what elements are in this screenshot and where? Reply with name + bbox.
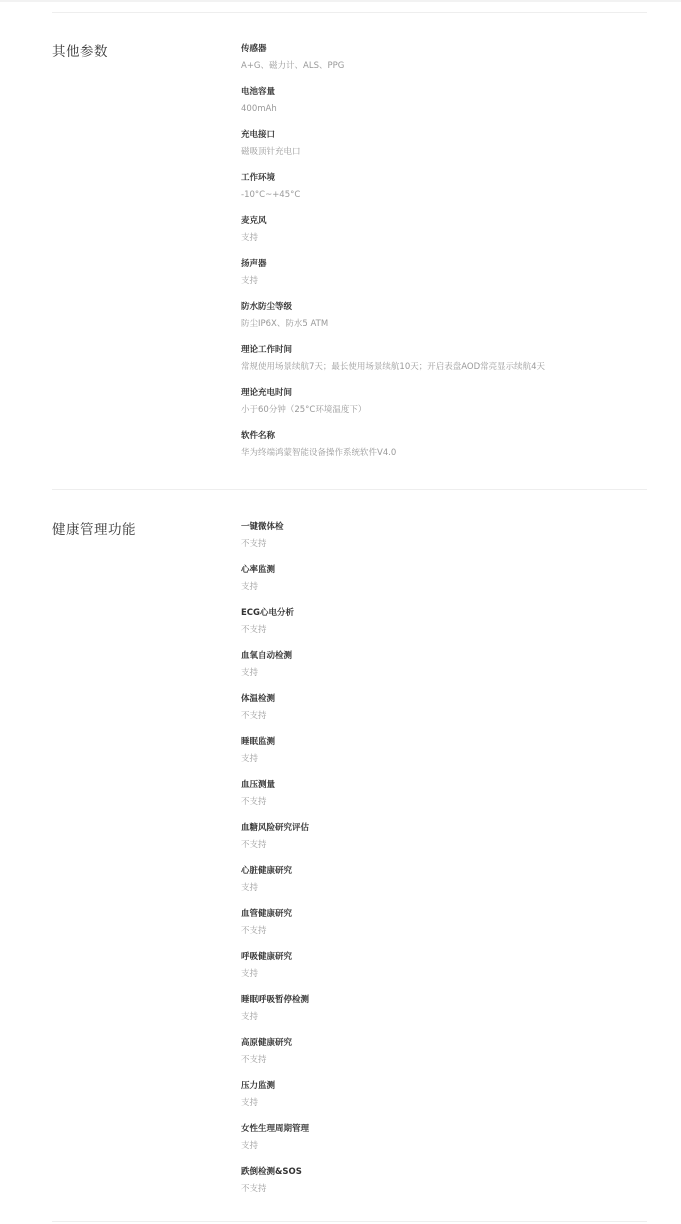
spec-item: 心率监测支持 — [241, 564, 661, 607]
spec-item: 血糖风险研究评估不支持 — [241, 822, 661, 865]
spec-item: 工作环境-10°C~+45°C — [241, 172, 661, 215]
spec-label: 睡眠呼吸暂停检测 — [241, 994, 661, 1006]
spec-label: 女性生理周期管理 — [241, 1123, 661, 1135]
spec-item: 体温检测不支持 — [241, 693, 661, 736]
spec-value: 不支持 — [241, 796, 661, 808]
spec-item: 软件名称华为终端鸿蒙智能设备操作系统软件V4.0 — [241, 430, 661, 473]
spec-label: 软件名称 — [241, 430, 661, 442]
spec-value: 400mAh — [241, 103, 661, 115]
spec-list: 一键微体检不支持心率监测支持ECG心电分析不支持血氧自动检测支持体温检测不支持睡… — [241, 521, 661, 1209]
spec-value: A+G、磁力计、ALS、PPG — [241, 60, 661, 72]
spec-item: 呼吸健康研究支持 — [241, 951, 661, 994]
spec-value: 不支持 — [241, 839, 661, 851]
spec-label: 呼吸健康研究 — [241, 951, 661, 963]
spec-value: 支持 — [241, 667, 661, 679]
spec-item: 一键微体检不支持 — [241, 521, 661, 564]
spec-item: 理论充电时间小于60分钟（25°C环境温度下） — [241, 387, 661, 430]
spec-label: 扬声器 — [241, 258, 661, 270]
spec-label: 一键微体检 — [241, 521, 661, 533]
spec-value: 不支持 — [241, 1183, 661, 1195]
spec-item: ECG心电分析不支持 — [241, 607, 661, 650]
spec-label: 理论工作时间 — [241, 344, 661, 356]
spec-label: ECG心电分析 — [241, 607, 661, 619]
spec-item: 压力监测支持 — [241, 1080, 661, 1123]
spec-item: 血氧自动检测支持 — [241, 650, 661, 693]
spec-label: 电池容量 — [241, 86, 661, 98]
spec-label: 麦克风 — [241, 215, 661, 227]
spec-item: 扬声器支持 — [241, 258, 661, 301]
section-divider-top — [52, 12, 647, 13]
spec-label: 跌倒检测&SOS — [241, 1166, 661, 1178]
spec-value: 支持 — [241, 753, 661, 765]
spec-value: 不支持 — [241, 624, 661, 636]
spec-item: 女性生理周期管理支持 — [241, 1123, 661, 1166]
spec-item: 跌倒检测&SOS不支持 — [241, 1166, 661, 1209]
section-title: 健康管理功能 — [52, 521, 136, 539]
spec-label: 血糖风险研究评估 — [241, 822, 661, 834]
spec-list: 传感器A+G、磁力计、ALS、PPG电池容量400mAh充电接口磁吸顶针充电口工… — [241, 43, 661, 473]
spec-item: 麦克风支持 — [241, 215, 661, 258]
spec-label: 高原健康研究 — [241, 1037, 661, 1049]
spec-label: 传感器 — [241, 43, 661, 55]
top-edge-bar — [0, 0, 681, 2]
spec-label: 血氧自动检测 — [241, 650, 661, 662]
spec-item: 充电接口磁吸顶针充电口 — [241, 129, 661, 172]
spec-value: 支持 — [241, 882, 661, 894]
spec-label: 心率监测 — [241, 564, 661, 576]
spec-item: 心脏健康研究支持 — [241, 865, 661, 908]
spec-value: 不支持 — [241, 1054, 661, 1066]
spec-item: 睡眠监测支持 — [241, 736, 661, 779]
spec-label: 体温检测 — [241, 693, 661, 705]
spec-value: 不支持 — [241, 710, 661, 722]
spec-value: 不支持 — [241, 925, 661, 937]
spec-label: 心脏健康研究 — [241, 865, 661, 877]
spec-value: 不支持 — [241, 538, 661, 550]
spec-item: 血管健康研究不支持 — [241, 908, 661, 951]
spec-value: 华为终端鸿蒙智能设备操作系统软件V4.0 — [241, 447, 661, 459]
spec-value: 支持 — [241, 1097, 661, 1109]
spec-value: 常规使用场景续航7天；最长使用场景续航10天；开启表盘AOD常亮显示续航4天 — [241, 361, 661, 373]
spec-label: 理论充电时间 — [241, 387, 661, 399]
spec-label: 充电接口 — [241, 129, 661, 141]
spec-item: 睡眠呼吸暂停检测支持 — [241, 994, 661, 1037]
section-divider-middle — [52, 489, 647, 490]
spec-value: 支持 — [241, 581, 661, 593]
spec-value: -10°C~+45°C — [241, 189, 661, 201]
spec-item: 传感器A+G、磁力计、ALS、PPG — [241, 43, 661, 86]
spec-value: 防尘IP6X、防水5 ATM — [241, 318, 661, 330]
spec-label: 睡眠监测 — [241, 736, 661, 748]
spec-value: 磁吸顶针充电口 — [241, 146, 661, 158]
spec-value: 小于60分钟（25°C环境温度下） — [241, 404, 661, 416]
spec-label: 血管健康研究 — [241, 908, 661, 920]
spec-label: 血压测量 — [241, 779, 661, 791]
section-divider-bottom — [52, 1221, 647, 1222]
spec-label: 工作环境 — [241, 172, 661, 184]
spec-value: 支持 — [241, 1140, 661, 1152]
spec-item: 高原健康研究不支持 — [241, 1037, 661, 1080]
spec-value: 支持 — [241, 968, 661, 980]
section-title: 其他参数 — [52, 43, 108, 61]
spec-value: 支持 — [241, 232, 661, 244]
spec-item: 电池容量400mAh — [241, 86, 661, 129]
spec-label: 压力监测 — [241, 1080, 661, 1092]
spec-item: 血压测量不支持 — [241, 779, 661, 822]
spec-label: 防水防尘等级 — [241, 301, 661, 313]
spec-value: 支持 — [241, 1011, 661, 1023]
spec-item: 理论工作时间常规使用场景续航7天；最长使用场景续航10天；开启表盘AOD常亮显示… — [241, 344, 661, 387]
spec-item: 防水防尘等级防尘IP6X、防水5 ATM — [241, 301, 661, 344]
spec-value: 支持 — [241, 275, 661, 287]
